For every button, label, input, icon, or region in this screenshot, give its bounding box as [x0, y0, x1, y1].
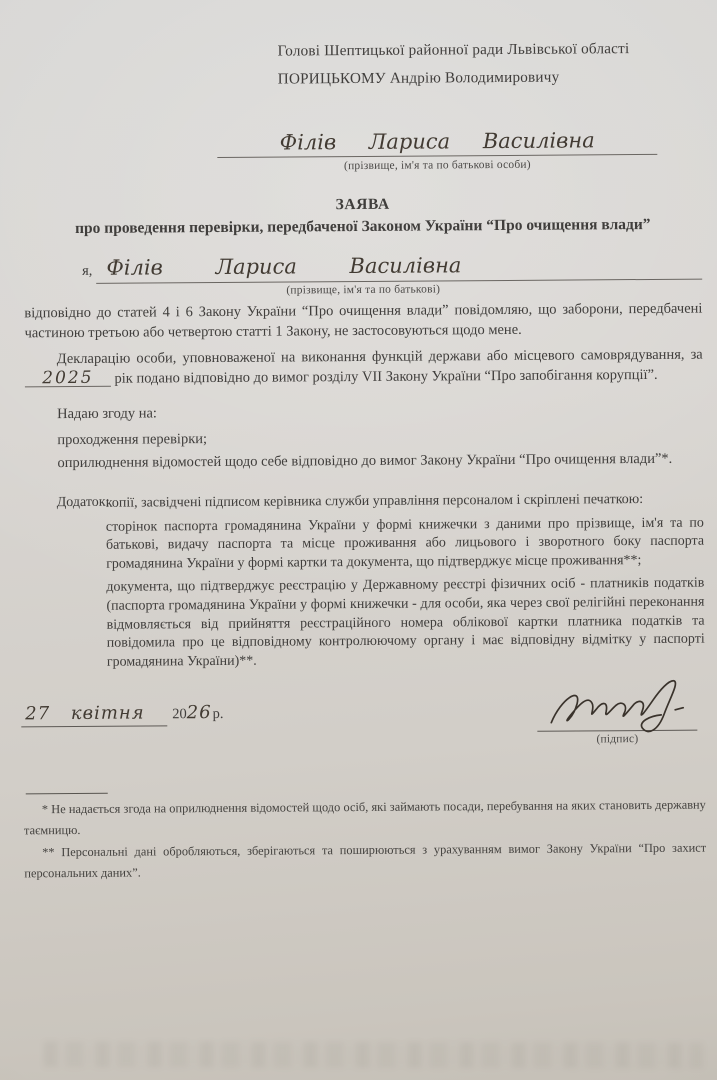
document-subtitle: про проведення перевірки, передбаченої З…	[24, 216, 702, 239]
consent-intro: Надаю згоду на:	[57, 403, 157, 424]
photographed-document-page: Голові Шептицької районної ради Львівськ…	[0, 0, 717, 1080]
addressee-line-2: ПОРИЦЬКОМУ Андрію Володимировичу	[278, 63, 710, 94]
addressee-block: Голові Шептицької районної ради Львівськ…	[277, 35, 709, 94]
declarant-row: я, Філів Лариса Василівна	[24, 252, 702, 285]
consent-item-publication: оприлюднення відомостей щодо себе відпов…	[25, 449, 703, 474]
attachment-item-copies: копії, засвідчені підписом керівника слу…	[106, 491, 704, 514]
title-block: ЗАЯВА про проведення перевірки, передбач…	[24, 194, 702, 239]
signature-stroke-icon	[537, 678, 697, 737]
paragraph-declaration-before-year: Декларацію особи, уповноваженої на викон…	[57, 347, 703, 368]
date-year-suffix: р.	[213, 706, 224, 723]
application-document: Голові Шептицької районної ради Львівськ…	[0, 0, 717, 1080]
attachment-label: Додаток:	[57, 495, 110, 511]
applicant-name-handwritten: Філів Лариса Василівна	[217, 128, 657, 158]
signature-block: (підпис)	[531, 678, 703, 746]
date-day-month-handwritten: 27 квітня	[21, 702, 167, 727]
applicant-name-caption: (прізвище, ім'я та по батькові особи)	[344, 159, 531, 172]
declarant-name-caption: (прізвище, ім'я та по батькові)	[24, 282, 702, 299]
declarant-name-field: Філів Лариса Василівна	[96, 252, 702, 284]
signature-caption: (підпис)	[531, 733, 703, 746]
reverse-side-bleed-through	[44, 1041, 704, 1068]
declarant-line: я, Філів Лариса Василівна (прізвище, ім'…	[24, 252, 702, 299]
date-year-prefix: 20	[172, 706, 187, 723]
consent-item-verification: проходження перевірки;	[57, 429, 207, 450]
date-line: 27 квітня 20 26 р.	[21, 702, 223, 727]
attachment-item-passport-pages: сторінок паспорта громадянина України у …	[106, 514, 704, 574]
footnote-separator	[26, 793, 108, 795]
declaration-year-handwritten: 2025	[25, 370, 111, 388]
attachment-list: копії, засвідчені підписом керівника слу…	[106, 491, 705, 678]
footnote-personal-data: ** Персональні дані обробляються, зберіг…	[24, 838, 706, 885]
date-year-handwritten: 26	[187, 702, 212, 723]
paragraph-declaration: Декларацію особи, уповноваженої на викон…	[25, 345, 703, 390]
attachment-item-tax-registration: документа, що підтверджує реєстрацію у Д…	[106, 575, 705, 672]
footnote-state-secret: * Не надається згода на оприлюднення від…	[24, 795, 706, 842]
paragraph-declaration-after-year: рік подано відповідно до вимог розділу V…	[114, 367, 657, 387]
applicant-name-field: Філів Лариса Василівна (прізвище, ім'я т…	[217, 128, 657, 175]
declarant-name-handwritten: Філів Лариса Василівна	[106, 253, 461, 279]
document-title: ЗАЯВА	[24, 194, 702, 217]
paragraph-statutes: відповідно до статей 4 і 6 Закону Україн…	[24, 299, 702, 344]
declarant-prefix: я,	[24, 263, 92, 280]
addressee-line-1: Голові Шептицької районної ради Львівськ…	[277, 35, 709, 66]
